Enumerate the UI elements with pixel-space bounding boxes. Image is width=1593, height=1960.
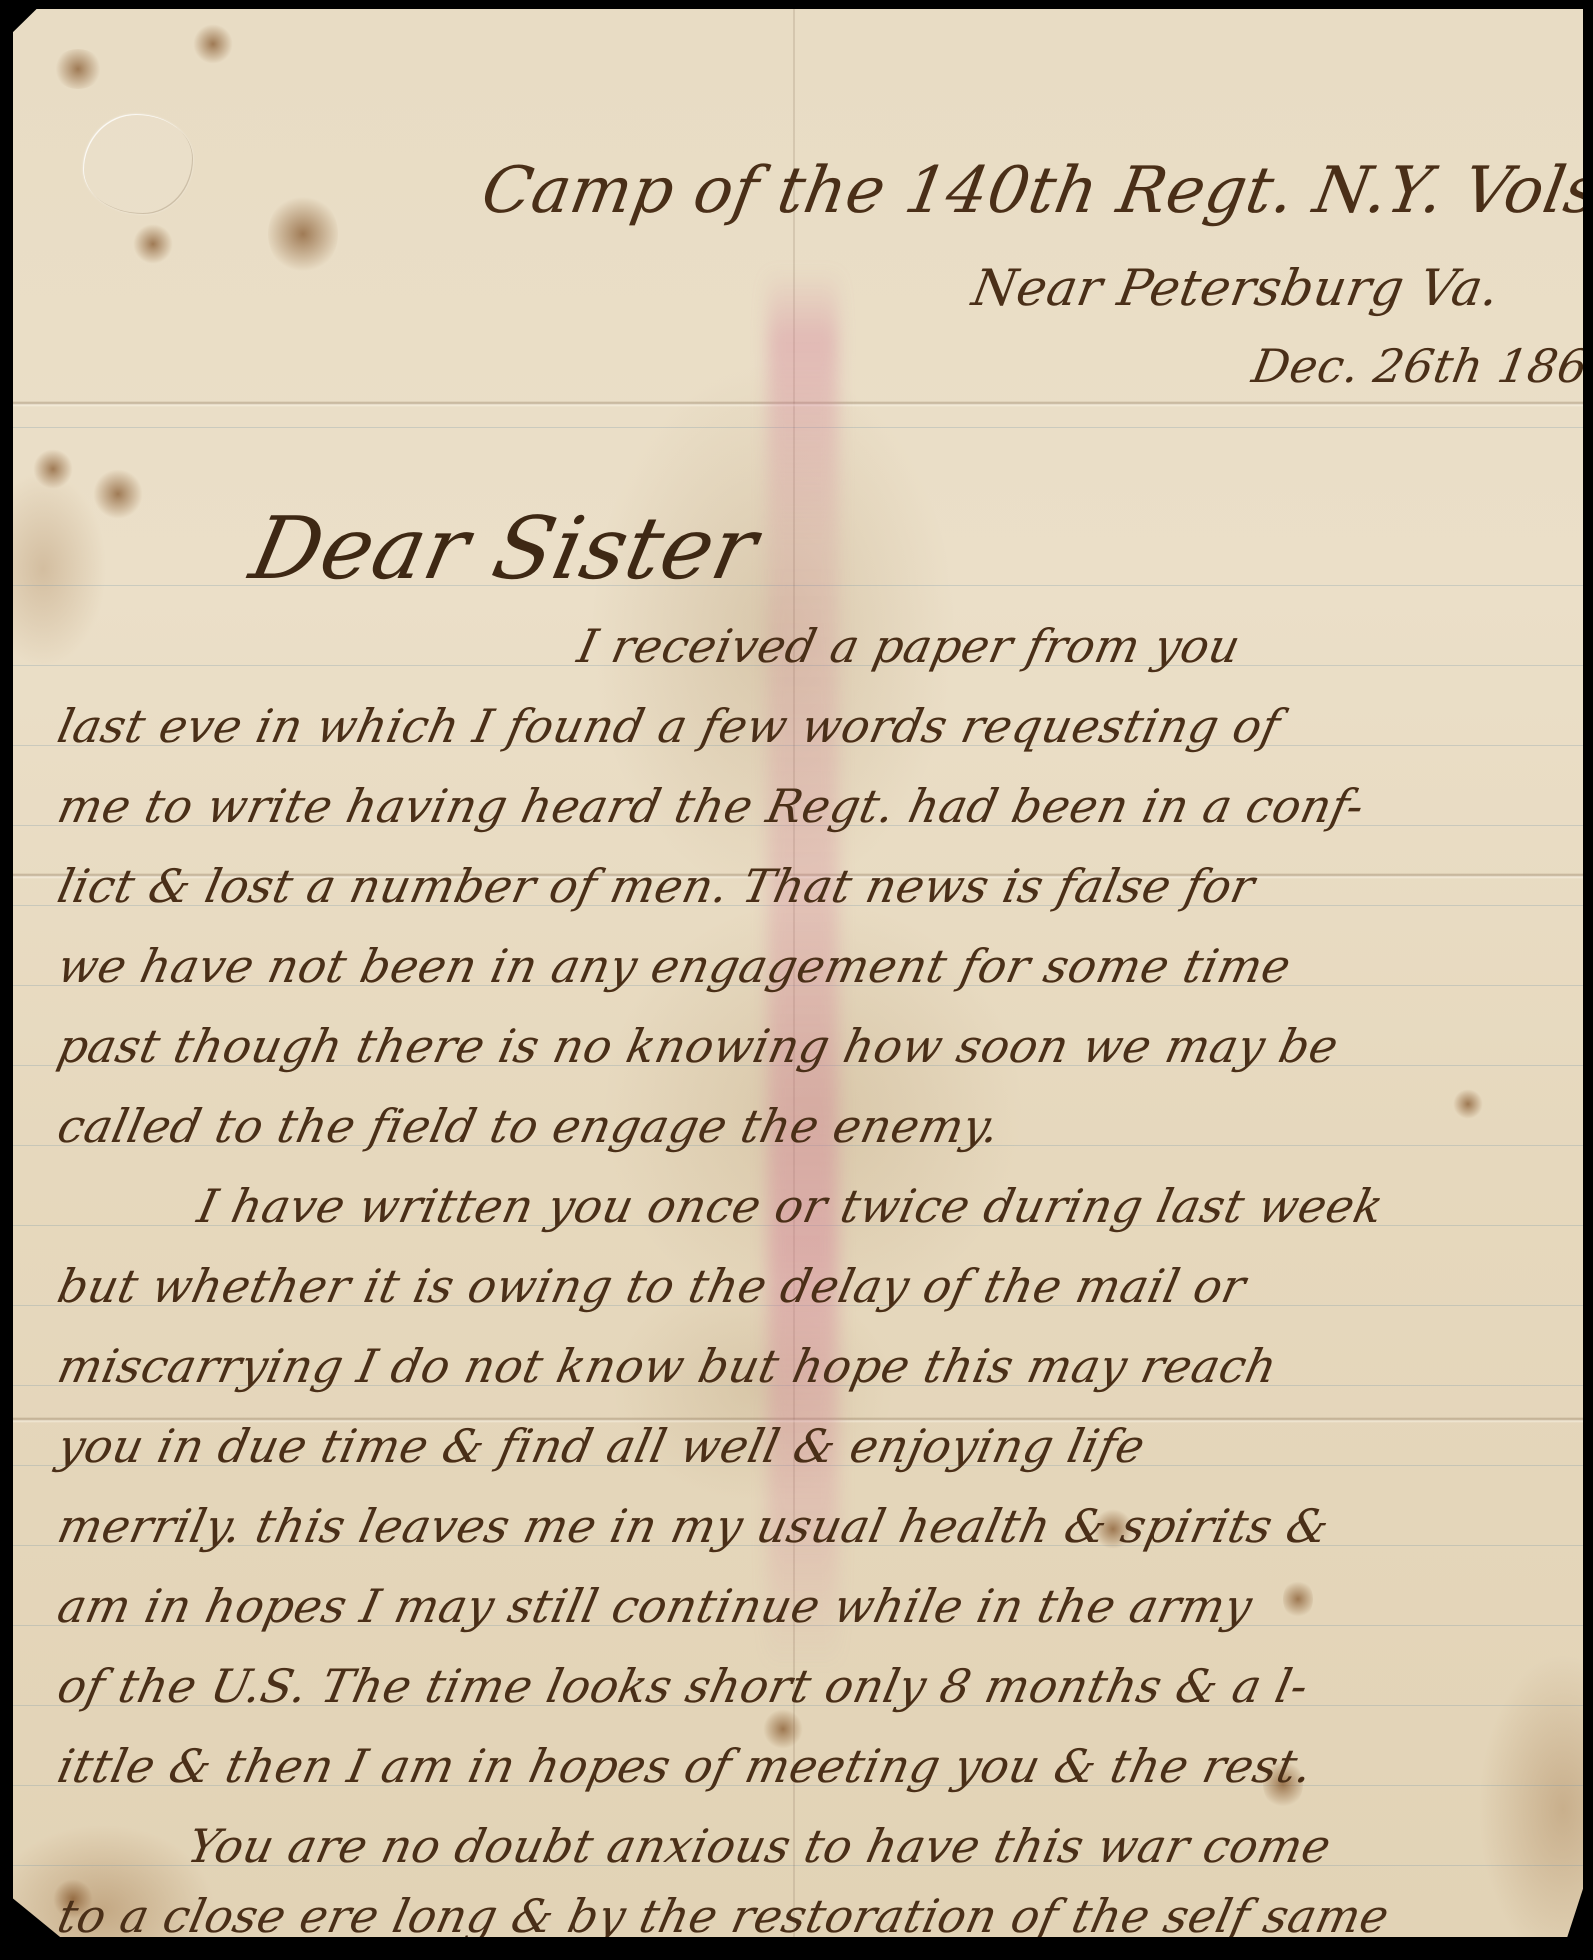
foxing-spot — [268, 194, 338, 274]
foxing-spot — [53, 49, 103, 89]
letter-body-line: lict & lost a number of men. That news i… — [53, 859, 1260, 913]
letter-heading-location: Camp of the 140th Regt. N.Y. Vols. — [476, 154, 1593, 228]
letter-body-line: me to write having heard the Regt. had b… — [53, 779, 1369, 833]
letter-date: Dec. 26th 1864 — [1248, 339, 1593, 393]
embossed-stamp-icon — [83, 114, 193, 214]
letter-body-line: You are no doubt anxious to have this wa… — [183, 1819, 1336, 1873]
foxing-spot — [1453, 1089, 1483, 1119]
foxing-spot — [133, 224, 173, 264]
letter-body-line: you in due time & find all well & enjoyi… — [53, 1419, 1150, 1473]
foxing-spot — [93, 469, 143, 519]
letter-page: Camp of the 140th Regt. N.Y. Vols. Near … — [13, 9, 1583, 1937]
letter-heading-place: Near Petersburg Va. — [968, 259, 1504, 317]
letter-body-line: but whether it is owing to the delay of … — [53, 1259, 1251, 1313]
foxing-spot — [193, 24, 233, 64]
letter-salutation: Dear Sister — [242, 499, 765, 599]
letter-body-line: last eve in which I found a few words re… — [53, 699, 1285, 753]
letter-body-line: called to the field to engage the enemy. — [53, 1099, 1005, 1153]
letter-body-line: of the U.S. The time looks short only 8 … — [53, 1659, 1313, 1713]
letter-body-line: merrily. this leaves me in my usual heal… — [53, 1499, 1334, 1553]
letter-body-line: miscarrying I do not know but hope this … — [53, 1339, 1282, 1393]
letter-body-line: I received a paper from you — [573, 619, 1245, 673]
letter-body-line: we have not been in any engagement for s… — [53, 939, 1296, 993]
foxing-spot — [33, 449, 73, 489]
foxing-spot — [1283, 1579, 1313, 1619]
letter-body-line: am in hopes I may still continue while i… — [53, 1579, 1257, 1633]
letter-body-line: ittle & then I am in hopes of meeting yo… — [53, 1739, 1318, 1793]
letter-body-line: I have written you once or twice during … — [193, 1179, 1389, 1233]
letter-body-line: past though there is no knowing how soon… — [53, 1019, 1343, 1073]
letter-body-line: to a close ere long & by the restoration… — [53, 1889, 1394, 1943]
